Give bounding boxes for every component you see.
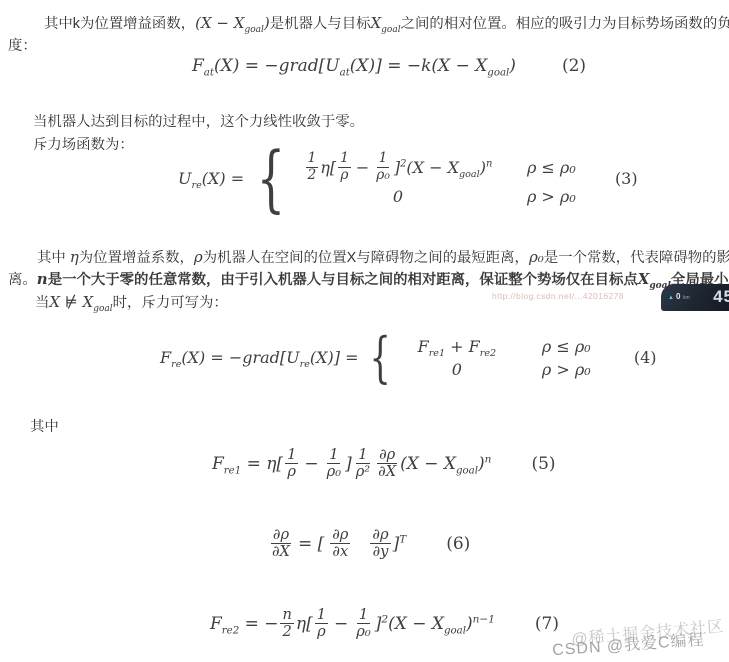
- case-expression: 12η[1ρ−1ρ₀]2(X − Xgoal)n: [295, 151, 501, 183]
- fraction: 12: [306, 151, 319, 183]
- math-token: (X − X: [195, 14, 244, 32]
- math-token: F: [210, 614, 222, 634]
- math-token: 0: [452, 360, 462, 379]
- text-run: 其中: [30, 419, 59, 435]
- math-token: (X − X: [400, 454, 456, 474]
- math-subscript: at: [340, 67, 350, 78]
- cases-brace: {: [257, 150, 285, 208]
- math-token: X ⊭ X: [49, 293, 93, 311]
- text-line: 其中 η为位置增益系数，ρ为机器人在空间的位置X与障碍物之间的最短距离，ρ₀是一…: [8, 247, 729, 269]
- numerator: n: [280, 607, 293, 624]
- math-token: + F: [445, 337, 480, 356]
- math-inline: X ⊭ Xgoal: [49, 293, 112, 311]
- denominator: ρ: [315, 624, 328, 640]
- case-row: Fre1 + Fre2 ρ ≤ ρ₀: [398, 337, 600, 356]
- math-subscript: goal: [444, 625, 466, 636]
- dashboard-thumbnail: ▲ 0 km 45: [661, 284, 729, 311]
- math-subscript: re: [300, 359, 310, 370]
- math-token: (X) = −grad[: [214, 56, 325, 76]
- formula-7-fre2: Fre2 = − n2 η[ 1ρ − 1ρ₀ ]2(X − Xgoal)n−1…: [210, 607, 559, 641]
- math-token: X: [475, 56, 487, 76]
- math-inline: η: [70, 248, 79, 266]
- math-inline: ρ: [194, 248, 203, 266]
- equation-number: (5): [531, 454, 555, 474]
- math-superscript: n: [486, 158, 492, 169]
- math-token: 0: [393, 187, 403, 206]
- math-token: (X − X: [406, 158, 459, 177]
- math-inline: (X − Xgoal): [195, 14, 270, 32]
- math-subscript: re: [191, 180, 201, 191]
- case-row: 0 ρ > ρ₀: [398, 360, 600, 379]
- case-row: 12η[1ρ−1ρ₀]2(X − Xgoal)n ρ ≤ ρ₀: [295, 151, 585, 183]
- numerator: 1: [356, 447, 369, 464]
- math-subscript: goal: [244, 25, 263, 35]
- math-token: = η[: [241, 454, 283, 474]
- speed-up-icon: ▲: [668, 295, 674, 301]
- text-run: 为机器人在空间的位置X与障碍物之间的最短距离，: [203, 250, 529, 266]
- equation-number: (7): [535, 614, 559, 634]
- text-run: 离。: [8, 272, 37, 288]
- denominator: ρ₀: [325, 464, 343, 480]
- formula-3-repulsive-potential: Ure(X) = { 12η[1ρ−1ρ₀]2(X − Xgoal)n ρ ≤ …: [178, 150, 638, 208]
- denominator: ρ²: [354, 464, 372, 480]
- numerator: ∂ρ: [271, 527, 291, 544]
- numerator: 1: [306, 151, 319, 167]
- text-line: 离。n是一个大于零的任意常数，由于引入机器人与目标之间的相对距离，保证整个势场仅…: [8, 269, 729, 291]
- math-subscript: goal: [487, 67, 509, 78]
- numerator: 1: [357, 607, 370, 624]
- math-token: F: [192, 56, 204, 76]
- math-token: F: [212, 454, 224, 474]
- math-row: ]T: [393, 534, 407, 554]
- equation-number: (6): [446, 534, 470, 554]
- math-token: (X) = −grad[: [181, 348, 286, 367]
- formula-6-gradient: ∂ρ∂X = [ ∂ρ∂x ∂ρ∂y ]T (6): [268, 527, 470, 561]
- math-token: (X)] =: [310, 348, 359, 367]
- text-line: 度：: [8, 35, 729, 57]
- numerator: 1: [327, 447, 340, 464]
- math-token: (X)] = −k(X −: [350, 56, 475, 76]
- numerator: 1: [377, 151, 390, 167]
- fraction: ∂ρ∂y: [370, 527, 390, 561]
- text-run: 其中k为位置增益函数，: [44, 16, 195, 32]
- math-token: = −: [239, 614, 278, 634]
- math-subscript: re1: [224, 465, 241, 476]
- case-row: 0 ρ > ρ₀: [295, 187, 585, 206]
- denominator: ρ: [338, 168, 350, 183]
- equation-number: (4): [634, 348, 657, 367]
- text-run: 其中: [37, 250, 70, 266]
- math-inline-bold: n: [37, 270, 48, 288]
- case-expression: 0: [295, 187, 501, 206]
- speed-value: 0: [676, 292, 680, 301]
- math-subscript: at: [204, 67, 214, 78]
- math-row: ]2(X − Xgoal)n−1: [375, 614, 495, 634]
- fraction: 1ρ: [285, 447, 298, 481]
- math-token: U: [178, 169, 191, 188]
- numerator: 1: [285, 447, 298, 464]
- math-row: (X − Xgoal)n: [400, 454, 491, 474]
- math-token: F: [418, 337, 429, 356]
- formula-2-attractive-force: Fat(X) = −grad[Uat(X)] = −k(X − Xgoal) (…: [192, 56, 586, 76]
- case-expression: 0: [398, 360, 516, 379]
- math-row: Fre(X) = −grad[Ure(X)] =: [160, 348, 359, 367]
- cases-brace: {: [369, 336, 390, 379]
- text-run: 度：: [8, 38, 37, 54]
- fraction: ∂ρ∂x: [330, 527, 350, 561]
- math-row: ]2(X − Xgoal)n: [394, 158, 493, 177]
- denominator: ∂X: [270, 544, 292, 560]
- equation-number: (2): [562, 56, 586, 76]
- equation-number: (3): [615, 169, 638, 188]
- math-token: −: [334, 614, 348, 634]
- numerator: ∂ρ: [330, 527, 350, 544]
- math-token: ): [509, 56, 516, 76]
- math-subscript: re: [171, 359, 181, 370]
- text-line: 当X ⊭ Xgoal时，斥力可写为：: [35, 292, 729, 314]
- text-run: 时，斥力可写为：: [113, 295, 228, 311]
- math-subscript: goal: [456, 465, 478, 476]
- case-condition: ρ > ρ₀: [527, 187, 585, 206]
- math-subscript: re2: [222, 625, 239, 636]
- math-inline: ρ₀: [529, 248, 544, 266]
- formula-5-fre1: Fre1 = η[ 1ρ − 1ρ₀ ] 1ρ² ∂ρ∂X (X − Xgoal…: [212, 447, 556, 481]
- numerator: ∂ρ: [370, 527, 390, 544]
- fraction: 1ρ₀: [374, 151, 392, 183]
- math-inline: Xgoal: [370, 14, 400, 32]
- fraction: ∂ρ∂X: [376, 447, 398, 481]
- speed-unit: km: [683, 295, 690, 301]
- denominator: ρ: [285, 464, 298, 480]
- math-token: X: [370, 14, 381, 32]
- cases-block: Fre1 + Fre2 ρ ≤ ρ₀ 0 ρ > ρ₀: [398, 337, 600, 379]
- math-superscript: n−1: [473, 613, 495, 625]
- numerator: ∂ρ: [377, 447, 397, 464]
- speed-digits: 45: [713, 287, 729, 307]
- math-row: Fat(X) = −grad[Uat(X)] = −k(X − Xgoal): [192, 56, 516, 76]
- denominator: ∂x: [330, 544, 350, 560]
- fraction: 1ρ²: [354, 447, 372, 481]
- math-subscript: goal: [459, 169, 480, 180]
- math-row: Fre1 + Fre2: [418, 337, 497, 356]
- math-row: Fre2 = −: [210, 614, 278, 634]
- text-line: 其中k为位置增益函数，(X − Xgoal)是机器人与目标Xgoal之间的相对位…: [8, 12, 729, 35]
- text-run: 之间的相对位置。相应的吸引力为目标势场函数的负梯: [401, 16, 729, 32]
- math-token: η[: [296, 614, 313, 634]
- math-token: U: [286, 348, 299, 367]
- math-token: (X − X: [388, 614, 444, 634]
- math-token: ): [466, 614, 473, 634]
- text-run: 是机器人与目标: [270, 16, 371, 32]
- denominator: ∂y: [371, 544, 391, 560]
- math-token: η[: [320, 158, 336, 177]
- fraction: 1ρ₀: [325, 447, 343, 481]
- math-token: X: [638, 270, 650, 288]
- case-expression: Fre1 + Fre2: [398, 337, 516, 356]
- formula-4-repulsive-force: Fre(X) = −grad[Ure(X)] = { Fre1 + Fre2 ρ…: [160, 336, 657, 379]
- text-run: 斥力场函数为：: [33, 137, 134, 153]
- denominator: ∂X: [376, 464, 398, 480]
- text-run: 为位置增益系数，: [79, 250, 194, 266]
- cases-block: 12η[1ρ−1ρ₀]2(X − Xgoal)n ρ ≤ ρ₀ 0 ρ > ρ₀: [295, 151, 585, 206]
- math-token: −: [304, 454, 318, 474]
- fraction: 1ρ: [338, 151, 351, 183]
- math-row: Ure(X) =: [178, 169, 244, 188]
- math-token: ]: [345, 454, 352, 474]
- numerator: 1: [315, 607, 328, 624]
- text-run: 是一个常数，代表障碍物的影响距: [544, 250, 729, 266]
- case-condition: ρ ≤ ρ₀: [542, 337, 600, 356]
- text-run-bold: 是一个大于零的任意常数，由于引入机器人与目标之间的相对距离，保证整个势场仅在目标…: [48, 272, 638, 288]
- math-token: ): [478, 454, 485, 474]
- text-run: 当: [35, 295, 49, 311]
- paragraph-attractive-intro: 其中k为位置增益函数，(X − Xgoal)是机器人与目标Xgoal之间的相对位…: [8, 12, 729, 57]
- math-token: (X) =: [202, 169, 244, 188]
- math-token: = [: [298, 534, 324, 554]
- denominator: ρ₀: [354, 624, 372, 640]
- case-condition: ρ ≤ ρ₀: [527, 158, 585, 177]
- watermark-url: http://blog.csdn.net/...42016278: [492, 291, 624, 301]
- math-superscript: T: [399, 533, 406, 545]
- fraction: 1ρ: [315, 607, 328, 641]
- case-condition: ρ > ρ₀: [542, 360, 600, 379]
- numerator: 1: [338, 151, 351, 167]
- article-page: 其中k为位置增益函数，(X − Xgoal)是机器人与目标Xgoal之间的相对位…: [0, 0, 729, 662]
- math-token: F: [160, 348, 171, 367]
- text-run: 当机器人达到目标的过程中，这个力线性收敛于零。: [33, 114, 364, 130]
- fraction: ∂ρ∂X: [270, 527, 292, 561]
- text-line: 当机器人达到目标的过程中，这个力线性收敛于零。: [33, 111, 364, 134]
- paragraph-repulsive-params: 其中 η为位置增益系数，ρ为机器人在空间的位置X与障碍物之间的最短距离，ρ₀是一…: [8, 247, 729, 314]
- math-token: −: [356, 158, 369, 177]
- math-superscript: n: [485, 453, 492, 465]
- math-subscript: re2: [480, 348, 496, 359]
- denominator: ρ₀: [374, 168, 392, 183]
- math-subscript: goal: [381, 25, 400, 35]
- math-subscript: goal: [93, 304, 112, 314]
- label-where: 其中: [30, 417, 59, 438]
- fraction: n2: [280, 607, 293, 641]
- math-row: Fre1 = η[: [212, 454, 283, 474]
- fraction: 1ρ₀: [354, 607, 372, 641]
- math-subscript: re1: [429, 348, 445, 359]
- math-token: U: [325, 56, 339, 76]
- denominator: 2: [281, 624, 294, 640]
- denominator: 2: [306, 168, 319, 183]
